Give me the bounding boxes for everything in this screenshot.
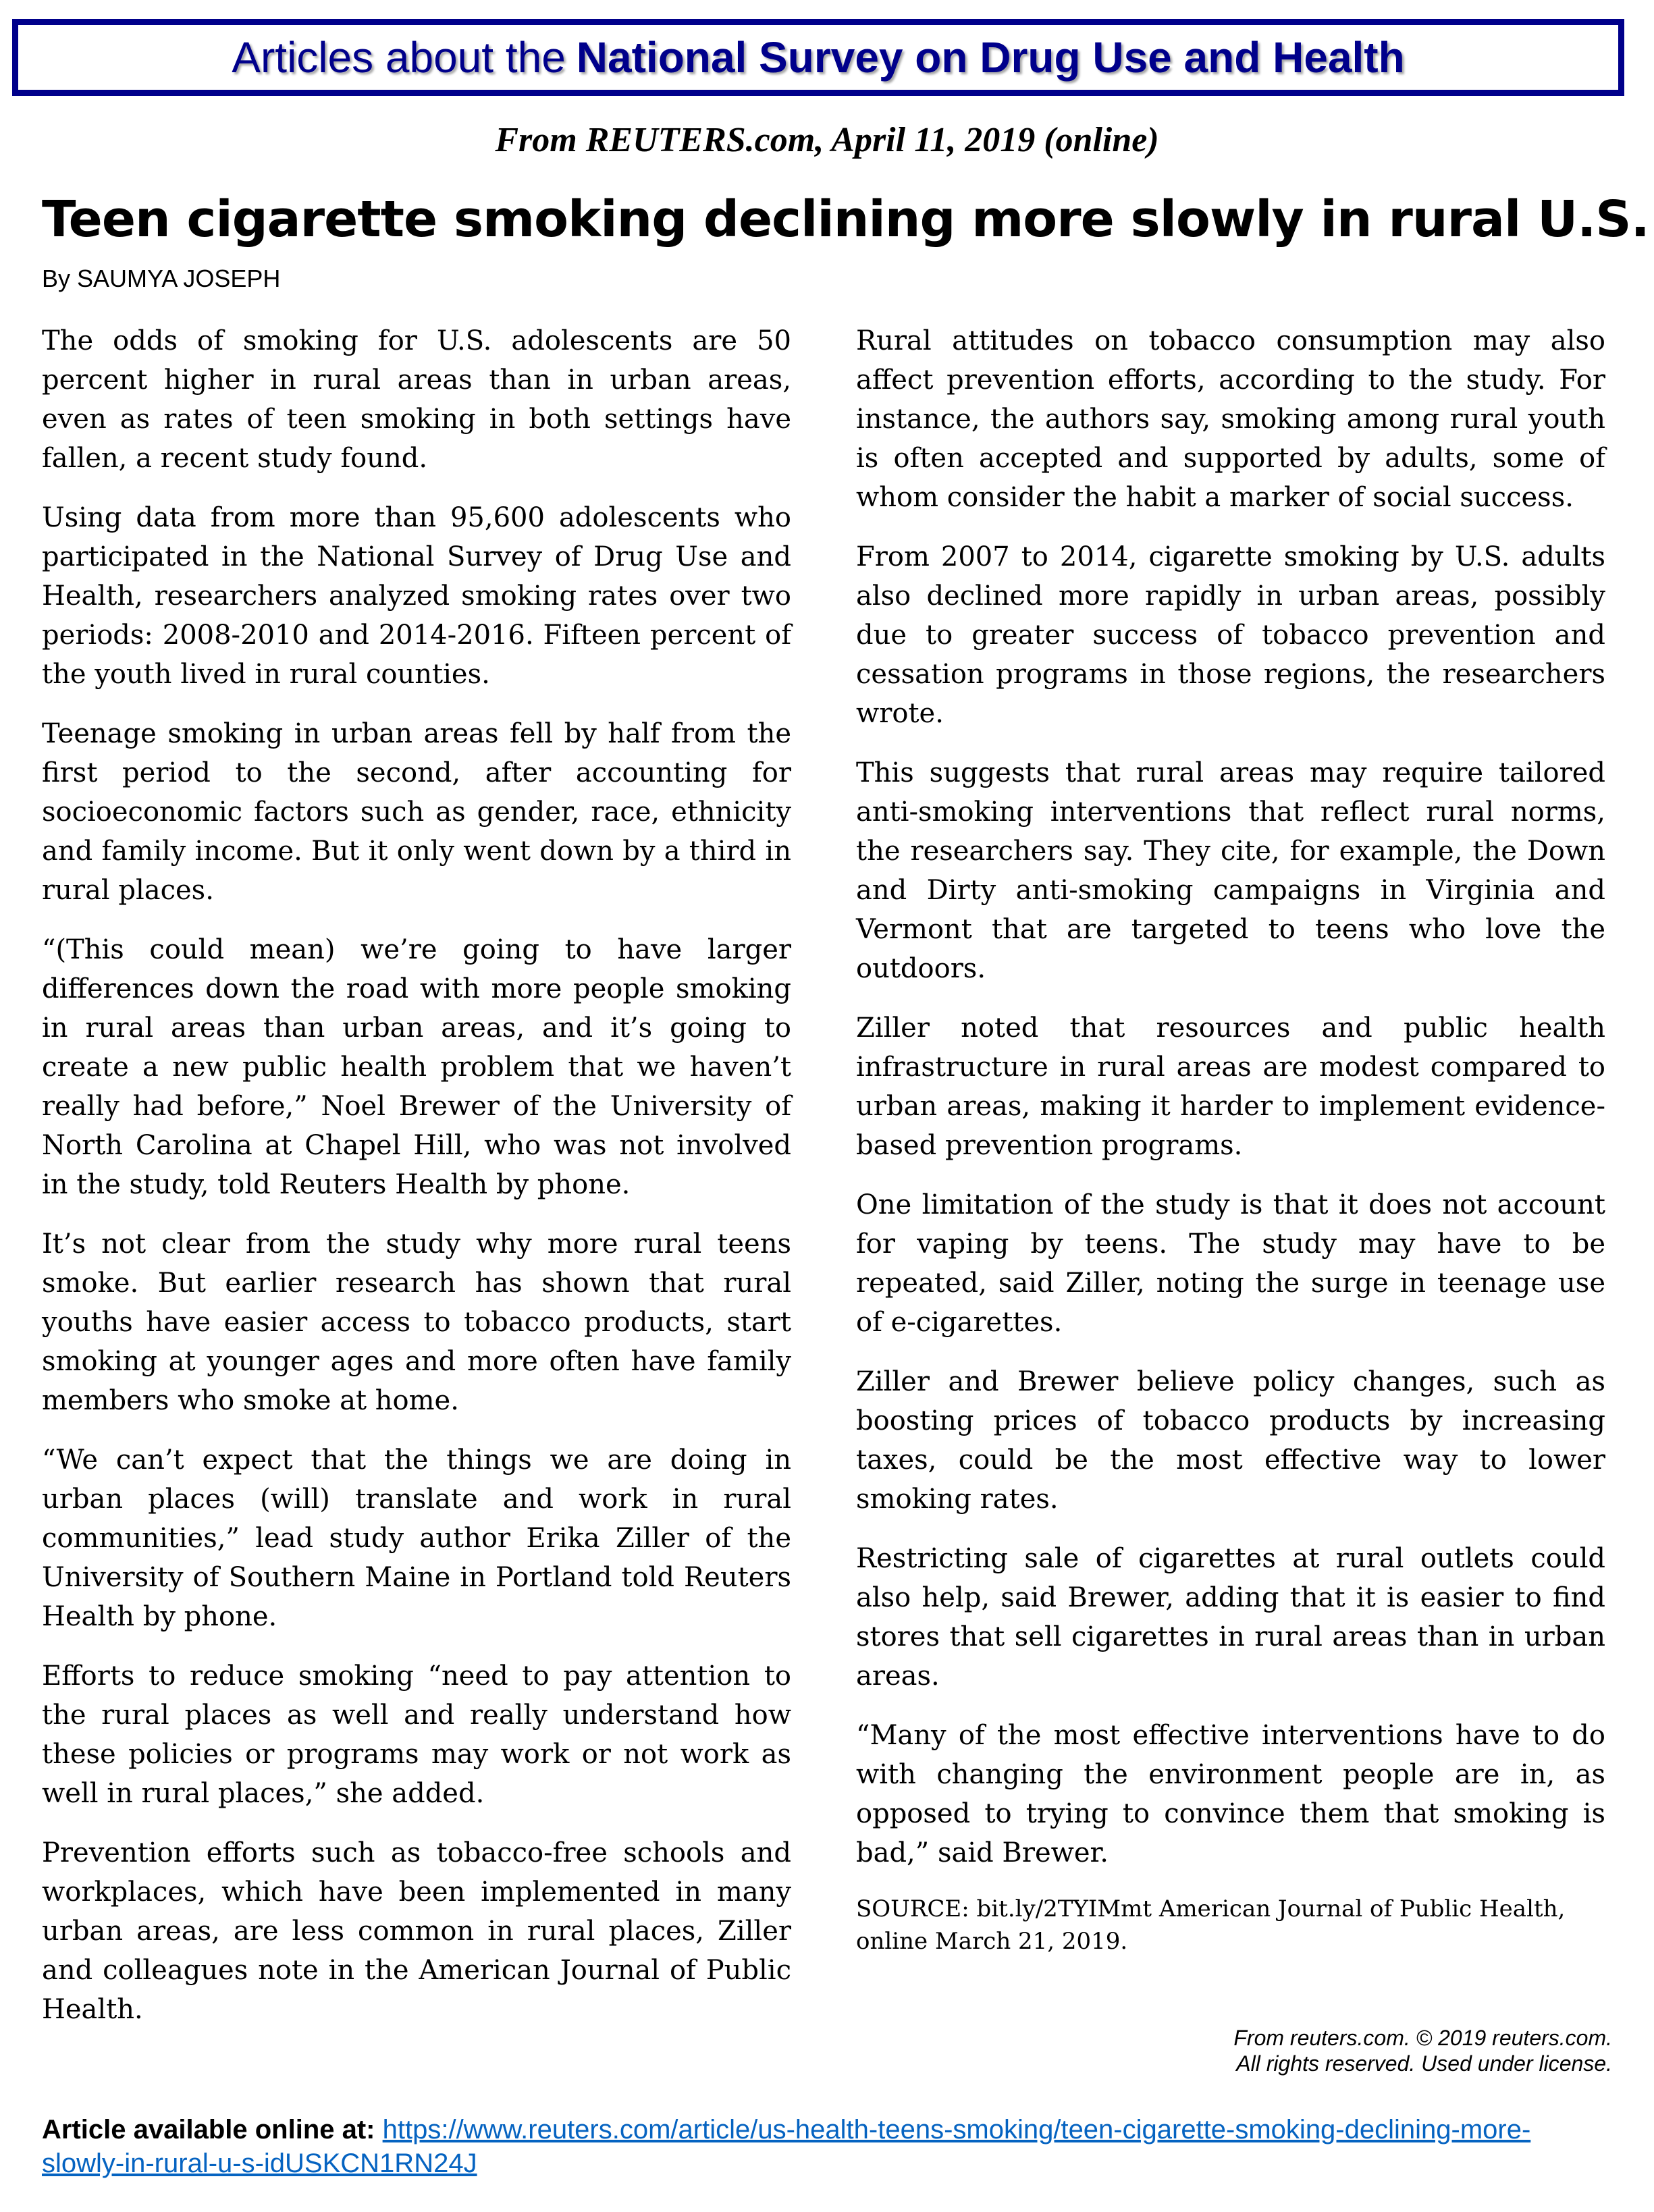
- copyright-line-1: From reuters.com. © 2019 reuters.com.: [1233, 2025, 1612, 2051]
- publication-source-line: From REUTERS.com, April 11, 2019 (online…: [0, 120, 1654, 160]
- paragraph: “We can’t expect that the things we are …: [42, 1440, 791, 1636]
- paragraph: Efforts to reduce smoking “need to pay a…: [42, 1656, 791, 1813]
- online-label: Article available online at:: [42, 2115, 375, 2144]
- source-citation: SOURCE: bit.ly/2TYIMmt American Journal …: [856, 1893, 1605, 1958]
- copyright-notice: From reuters.com. © 2019 reuters.com. Al…: [1233, 2025, 1612, 2076]
- online-availability: Article available online at: https://www…: [42, 2113, 1595, 2180]
- byline: By SAUMYA JOSEPH: [42, 265, 280, 293]
- right-column: Rural attitudes on tobacco consumption m…: [856, 321, 1605, 1978]
- paragraph: The odds of smoking for U.S. adolescents…: [42, 321, 791, 478]
- paragraph: One limitation of the study is that it d…: [856, 1185, 1605, 1342]
- paragraph: Teenage smoking in urban areas fell by h…: [42, 714, 791, 910]
- paragraph: From 2007 to 2014, cigarette smoking by …: [856, 537, 1605, 733]
- paragraph: Ziller and Brewer believe policy changes…: [856, 1362, 1605, 1519]
- paragraph: Rural attitudes on tobacco consumption m…: [856, 321, 1605, 517]
- paragraph: Using data from more than 95,600 adolesc…: [42, 498, 791, 694]
- paragraph: Ziller noted that resources and public h…: [856, 1008, 1605, 1165]
- paragraph: This suggests that rural areas may requi…: [856, 753, 1605, 988]
- paragraph: “Many of the most effective intervention…: [856, 1716, 1605, 1872]
- paragraph: Prevention efforts such as tobacco-free …: [42, 1833, 791, 2029]
- paragraph: “(This could mean) we’re going to have l…: [42, 930, 791, 1204]
- left-column: The odds of smoking for U.S. adolescents…: [42, 321, 791, 2049]
- copyright-line-2: All rights reserved. Used under license.: [1233, 2051, 1612, 2076]
- article-headline: Teen cigarette smoking declining more sl…: [42, 190, 1622, 248]
- banner-prefix: Articles about the: [232, 32, 566, 82]
- series-banner: Articles about the National Survey on Dr…: [12, 19, 1624, 96]
- paragraph: It’s not clear from the study why more r…: [42, 1224, 791, 1420]
- banner-survey-name: National Survey on Drug Use and Health: [577, 32, 1405, 82]
- paragraph: Restricting sale of cigarettes at rural …: [856, 1539, 1605, 1696]
